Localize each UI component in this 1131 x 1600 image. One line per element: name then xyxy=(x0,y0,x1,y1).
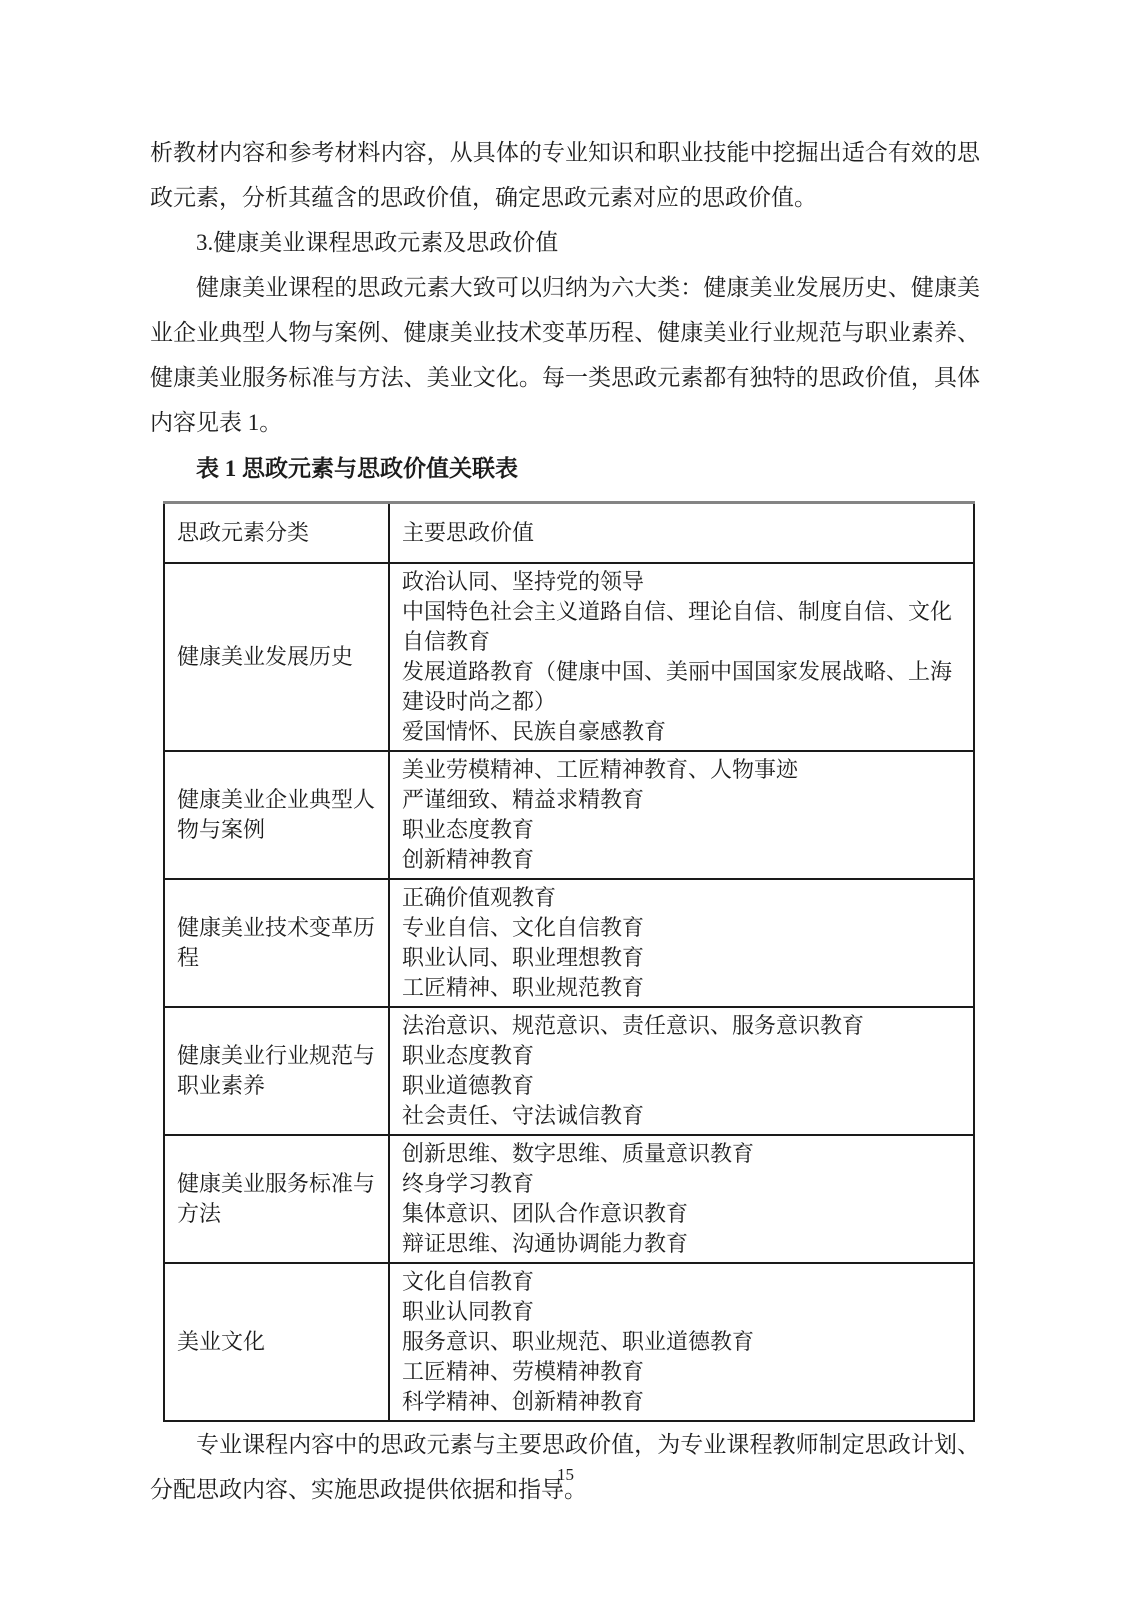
value-line: 职业道德教育 xyxy=(402,1071,965,1101)
value-line: 美业劳模精神、工匠精神教育、人物事迹 xyxy=(402,755,965,785)
value-line: 发展道路教育（健康中国、美丽中国国家发展战略、上海建设时尚之都） xyxy=(402,657,965,717)
value-line: 职业态度教育 xyxy=(402,1041,965,1071)
header-cell-values: 主要思政价值 xyxy=(389,503,974,564)
value-line: 工匠精神、劳模精神教育 xyxy=(402,1357,965,1387)
table-row: 健康美业技术变革历程 正确价值观教育 专业自信、文化自信教育 职业认同、职业理想… xyxy=(164,879,974,1007)
value-line: 文化自信教育 xyxy=(402,1267,965,1297)
values-cell: 创新思维、数字思维、质量意识教育 终身学习教育 集体意识、团队合作意识教育 辩证… xyxy=(389,1135,974,1263)
paragraph-intro: 健康美业课程的思政元素大致可以归纳为六大类：健康美业发展历史、健康美业企业典型人… xyxy=(150,265,980,445)
category-cell: 健康美业发展历史 xyxy=(164,563,389,751)
value-line: 职业认同、职业理想教育 xyxy=(402,943,965,973)
header-cell-category: 思政元素分类 xyxy=(164,503,389,564)
section-heading: 3.健康美业课程思政元素及思政价值 xyxy=(150,220,980,265)
paragraph-top: 析教材内容和参考材料内容，从具体的专业知识和职业技能中挖掘出适合有效的思政元素，… xyxy=(150,130,980,220)
values-cell: 美业劳模精神、工匠精神教育、人物事迹 严谨细致、精益求精教育 职业态度教育 创新… xyxy=(389,751,974,879)
table-row: 健康美业服务标准与方法 创新思维、数字思维、质量意识教育 终身学习教育 集体意识… xyxy=(164,1135,974,1263)
page-number: 15 xyxy=(0,1465,1131,1485)
document-content: 析教材内容和参考材料内容，从具体的专业知识和职业技能中挖掘出适合有效的思政元素，… xyxy=(150,130,980,1512)
value-line: 中国特色社会主义道路自信、理论自信、制度自信、文化自信教育 xyxy=(402,597,965,657)
table-row: 健康美业行业规范与职业素养 法治意识、规范意识、责任意识、服务意识教育 职业态度… xyxy=(164,1007,974,1135)
value-line: 职业认同教育 xyxy=(402,1297,965,1327)
value-line: 创新思维、数字思维、质量意识教育 xyxy=(402,1139,965,1169)
document-page: 析教材内容和参考材料内容，从具体的专业知识和职业技能中挖掘出适合有效的思政元素，… xyxy=(0,0,1131,1600)
table-caption: 表 1 思政元素与思政价值关联表 xyxy=(150,449,980,489)
value-line: 工匠精神、职业规范教育 xyxy=(402,973,965,1003)
category-cell: 美业文化 xyxy=(164,1263,389,1421)
category-cell: 健康美业行业规范与职业素养 xyxy=(164,1007,389,1135)
value-line: 法治意识、规范意识、责任意识、服务意识教育 xyxy=(402,1011,965,1041)
value-line: 辩证思维、沟通协调能力教育 xyxy=(402,1229,965,1259)
values-cell: 政治认同、坚持党的领导 中国特色社会主义道路自信、理论自信、制度自信、文化自信教… xyxy=(389,563,974,751)
value-line: 严谨细致、精益求精教育 xyxy=(402,785,965,815)
table-row: 健康美业发展历史 政治认同、坚持党的领导 中国特色社会主义道路自信、理论自信、制… xyxy=(164,563,974,751)
value-line: 集体意识、团队合作意识教育 xyxy=(402,1199,965,1229)
value-line: 政治认同、坚持党的领导 xyxy=(402,567,965,597)
values-cell: 法治意识、规范意识、责任意识、服务意识教育 职业态度教育 职业道德教育 社会责任… xyxy=(389,1007,974,1135)
value-line: 创新精神教育 xyxy=(402,845,965,875)
values-cell: 正确价值观教育 专业自信、文化自信教育 职业认同、职业理想教育 工匠精神、职业规… xyxy=(389,879,974,1007)
table-row: 健康美业企业典型人物与案例 美业劳模精神、工匠精神教育、人物事迹 严谨细致、精益… xyxy=(164,751,974,879)
values-cell: 文化自信教育 职业认同教育 服务意识、职业规范、职业道德教育 工匠精神、劳模精神… xyxy=(389,1263,974,1421)
value-line: 专业自信、文化自信教育 xyxy=(402,913,965,943)
category-cell: 健康美业企业典型人物与案例 xyxy=(164,751,389,879)
category-cell: 健康美业服务标准与方法 xyxy=(164,1135,389,1263)
value-line: 正确价值观教育 xyxy=(402,883,965,913)
value-line: 职业态度教育 xyxy=(402,815,965,845)
value-line: 爱国情怀、民族自豪感教育 xyxy=(402,717,965,747)
table-header-row: 思政元素分类 主要思政价值 xyxy=(164,503,974,564)
value-line: 科学精神、创新精神教育 xyxy=(402,1387,965,1417)
category-cell: 健康美业技术变革历程 xyxy=(164,879,389,1007)
table-row: 美业文化 文化自信教育 职业认同教育 服务意识、职业规范、职业道德教育 工匠精神… xyxy=(164,1263,974,1421)
value-line: 社会责任、守法诚信教育 xyxy=(402,1101,965,1131)
value-line: 终身学习教育 xyxy=(402,1169,965,1199)
elements-values-table: 思政元素分类 主要思政价值 健康美业发展历史 政治认同、坚持党的领导 中国特色社… xyxy=(163,501,975,1422)
value-line: 服务意识、职业规范、职业道德教育 xyxy=(402,1327,965,1357)
